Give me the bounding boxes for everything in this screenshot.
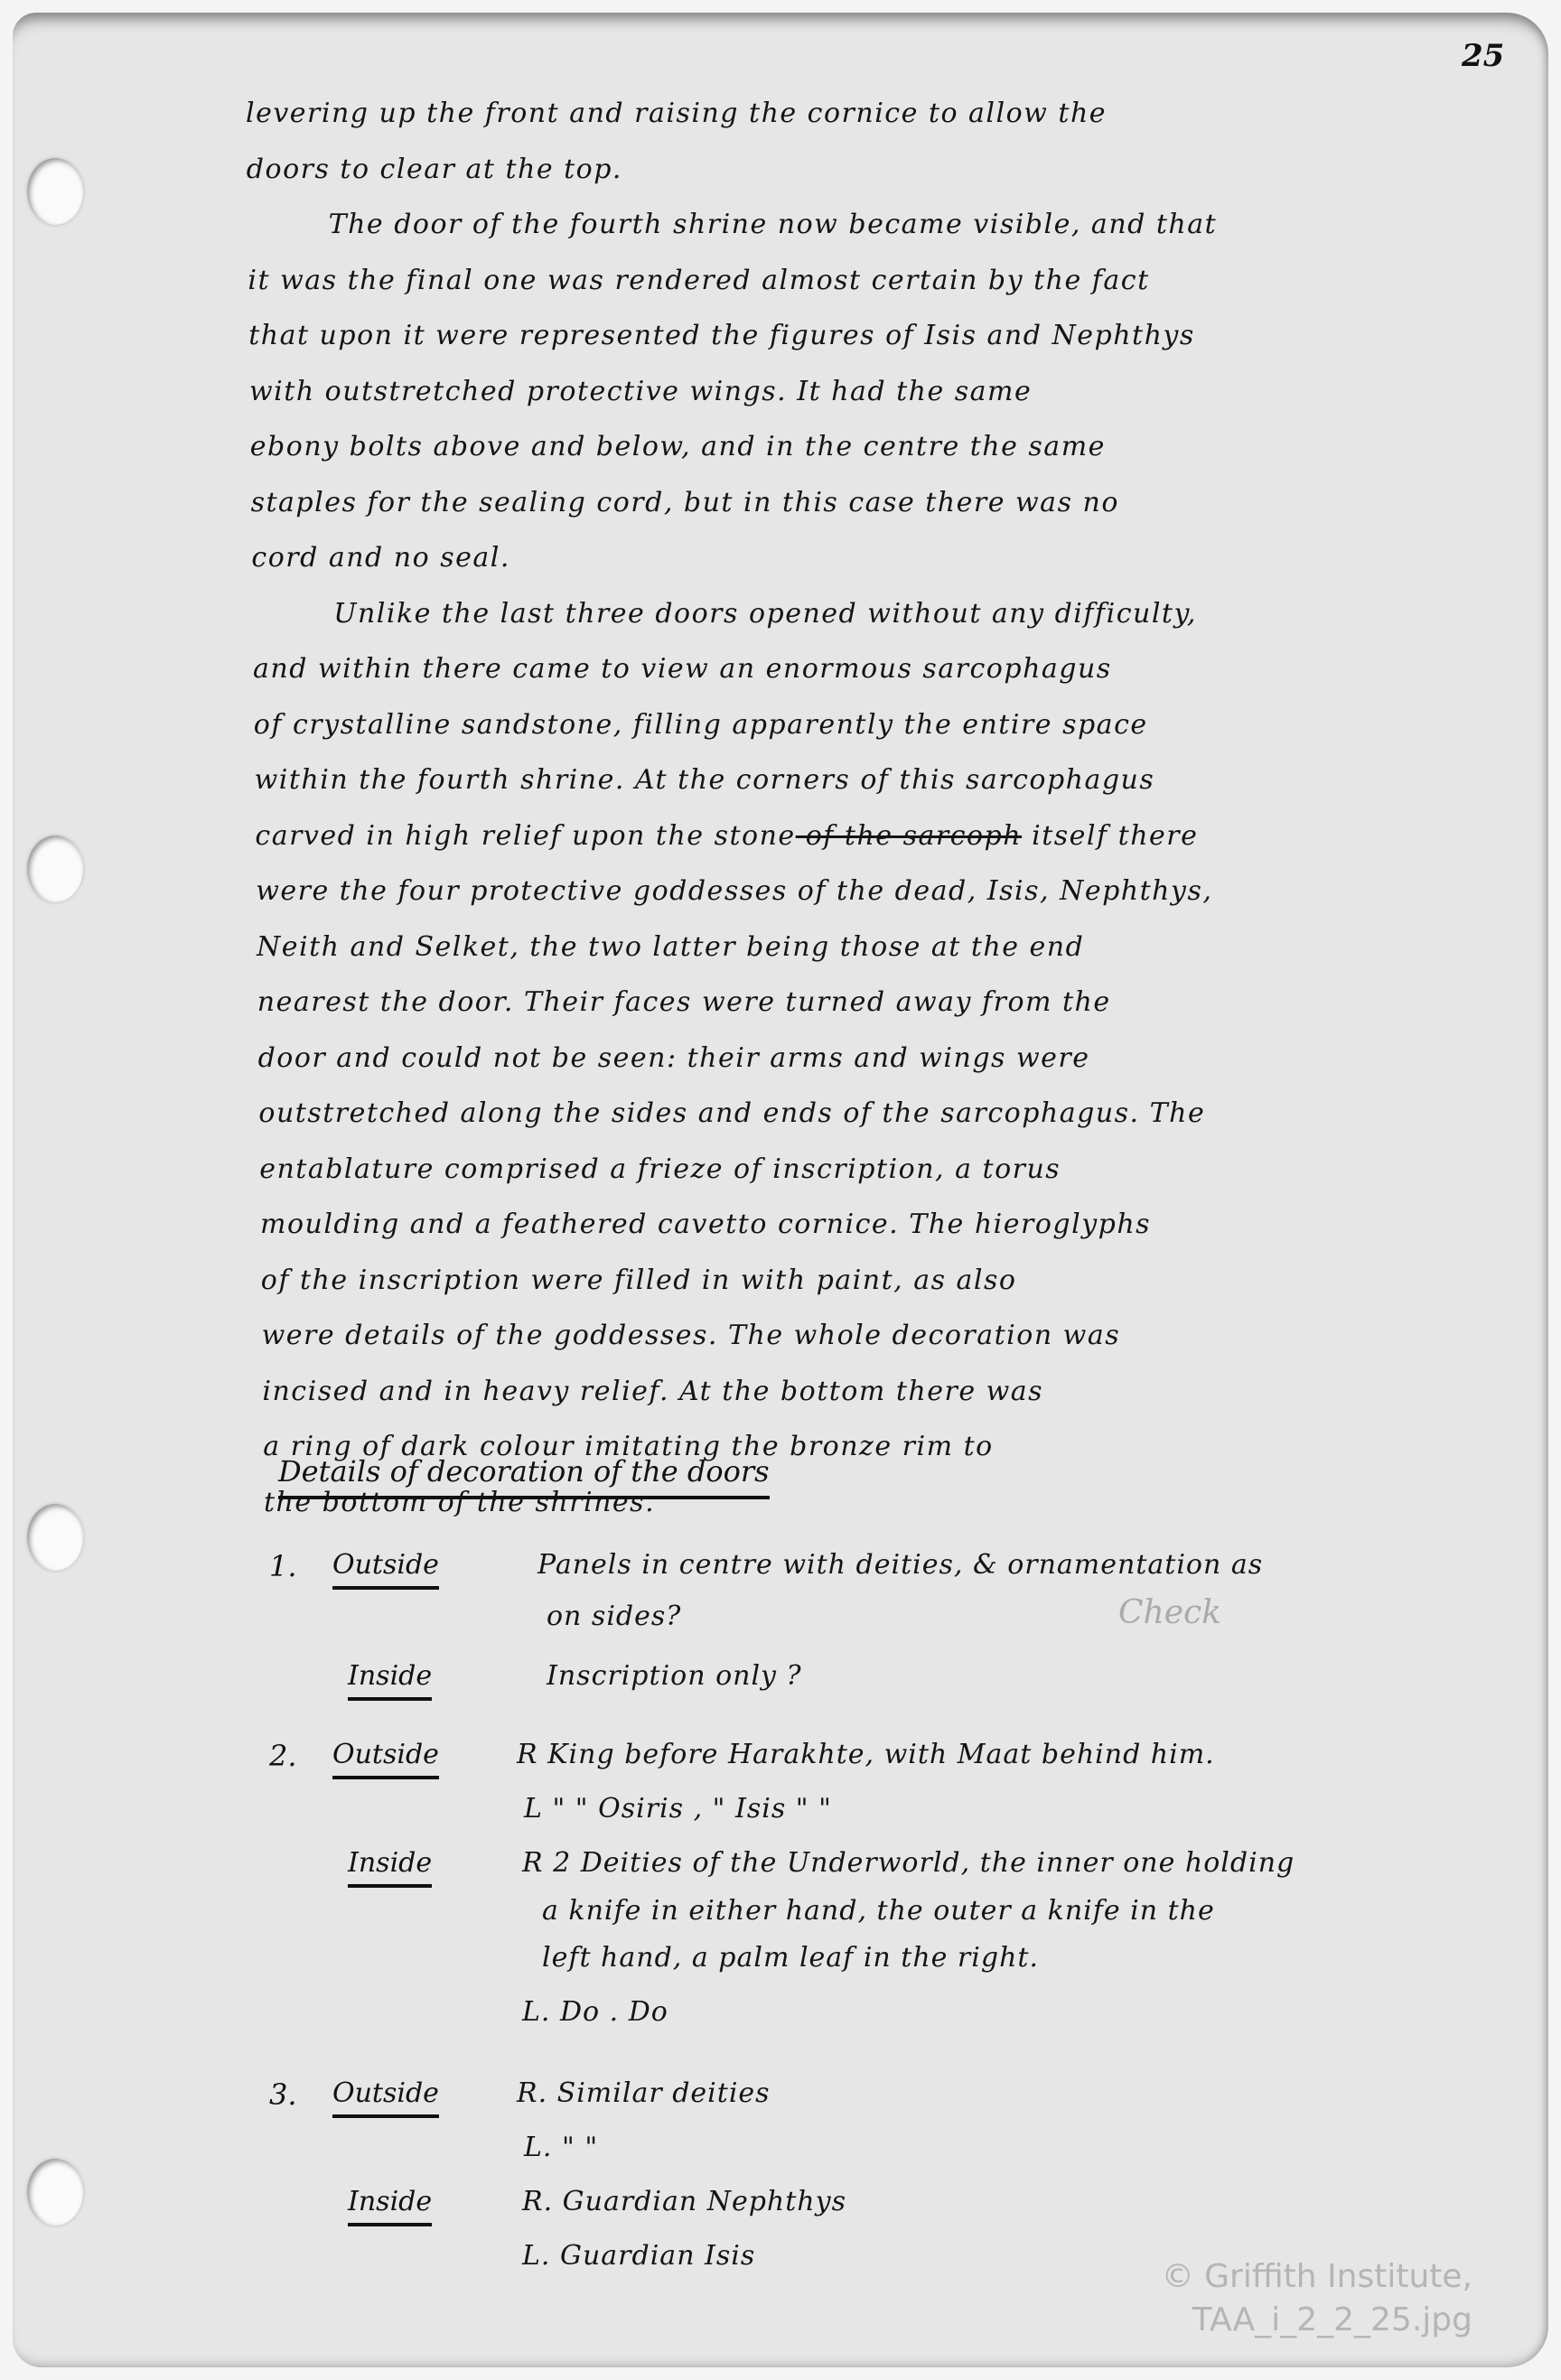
outside-description: L " " Osiris , " Isis " " [524,1793,832,1825]
door-number: 1. [269,1549,297,1583]
text-line: nearest the door. Their faces were turne… [257,986,1111,1018]
outside-description: Panels in centre with deities, & ornamen… [537,1549,1263,1581]
text-line: were details of the goddesses. The whole… [262,1320,1121,1351]
inside-description: R 2 Deities of the Underworld, the inner… [522,1847,1295,1879]
inside-description: a knife in either hand, the outer a knif… [542,1895,1215,1927]
punch-hole [27,158,83,225]
section-heading: Details of decoration of the doors [278,1454,770,1499]
text-line: Neith and Selket, the two latter being t… [257,931,1084,963]
text-line: with outstretched protective wings. It h… [249,376,1032,407]
manuscript-page [13,13,1548,2367]
struck-out-text: of the sarcoph [796,820,1022,852]
outside-description: L. " " [524,2132,598,2163]
watermark-line-1: © Griffith Institute, [1162,2258,1472,2295]
text-line: incised and in heavy relief. At the bott… [262,1376,1043,1407]
door-number: 2. [269,1739,297,1773]
inside-label: Inside [348,1847,432,1888]
text-line: of crystalline sandstone, filling appare… [254,709,1148,741]
inside-description: R. Guardian Nephthys [522,2186,846,2217]
text-line: staples for the sealing cord, but in thi… [251,487,1119,518]
outside-description: R. Similar deities [517,2077,771,2109]
outside-description: on sides? [547,1601,681,1632]
outside-description: R King before Harakhte, with Maat behind… [517,1739,1215,1770]
inside-label: Inside [348,2186,432,2226]
inside-description: left hand, a palm leaf in the right. [542,1942,1039,1974]
inside-description: Inscription only ? [547,1660,802,1692]
text-line: carved in high relief upon the stone of … [255,820,1198,852]
text-line: were the four protective goddesses of th… [256,875,1212,907]
door-number: 3. [269,2077,297,2112]
punch-hole [27,835,83,902]
punch-hole [27,2159,83,2226]
text-line: doors to clear at the top. [247,154,622,185]
text-line: moulding and a feathered cavetto cornice… [260,1209,1151,1240]
text-line: The door of the fourth shrine now became… [329,209,1218,240]
inside-label: Inside [348,1660,432,1701]
text-line: within the fourth shrine. At the corners… [255,764,1155,796]
text-line: cord and no seal. [251,542,509,574]
text-line: levering up the front and raising the co… [246,98,1107,129]
text-line: door and could not be seen: their arms a… [258,1042,1090,1074]
text-line: it was the final one was rendered almost… [248,265,1149,296]
outside-label: Outside [332,1549,439,1590]
text-line: entablature comprised a frieze of inscri… [259,1153,1061,1185]
text-line: Unlike the last three doors opened witho… [333,598,1197,630]
inside-description: L. Guardian Isis [522,2240,755,2272]
text-line: that upon it were represented the figure… [248,320,1195,351]
margin-note: Check [1118,1594,1221,1631]
inside-description: L. Do . Do [522,1996,668,2028]
text-line: of the inscription were filled in with p… [261,1265,1017,1296]
text-line: ebony bolts above and below, and in the … [250,431,1106,462]
text-line: outstretched along the sides and ends of… [258,1097,1205,1129]
text-line: and within there came to view an enormou… [253,653,1112,685]
outside-label: Outside [332,2077,439,2118]
punch-hole [27,1504,83,1571]
watermark-line-2: TAA_i_2_2_25.jpg [1192,2301,1472,2338]
outside-label: Outside [332,1739,439,1779]
page-number: 25 [1462,38,1504,74]
